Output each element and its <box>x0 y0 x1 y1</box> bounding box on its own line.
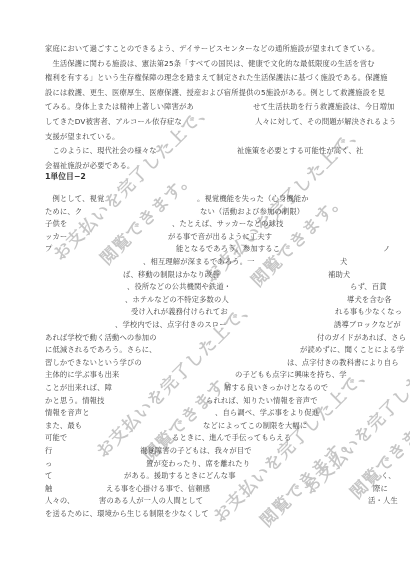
p2-line-25-seg-3: 活・人生 <box>368 496 398 506</box>
p2-line-3-seg-2: 、たとえば、サッカーなどの球技 <box>172 219 284 229</box>
p2-line-24-seg-3: 際に <box>373 484 388 494</box>
p1-line-8-seg-2: 祉施策を必要とする可能性が高く、社 <box>237 146 363 156</box>
p2-line-9-seg-1: 、ホテルなどの不特定多数の人 <box>125 295 229 305</box>
p2-line-1-seg-2: 。視覚機能を失った（心身機能か <box>197 194 309 204</box>
p2-line-23-seg-1: て <box>45 471 52 481</box>
p2-line-17-seg-1: かと思う。情報技 <box>45 396 105 406</box>
p2-line-22-seg-1: っ <box>45 459 52 469</box>
p2-line-23-seg-3: く、 <box>381 471 396 481</box>
p1-line-7-seg-1: 支援が望まれている。 <box>45 132 119 142</box>
p2-line-4-seg-2: がる事で音が出るように工夫す <box>168 232 272 242</box>
document-page: お支払いを完了した上で、閲覧できます。お支払いを完了した上で、閲覧できます。お支… <box>0 0 410 580</box>
p2-line-1-seg-1: 例として、視覚 <box>45 194 104 204</box>
p2-line-25-seg-2: 害のある人が一人の人間として <box>99 496 203 506</box>
p2-line-16-seg-2: 解する良いきっかけとなるので <box>224 383 328 393</box>
p2-line-21-seg-2: 視覚障害の子どもは、我々が目で <box>140 446 252 456</box>
p2-line-14-seg-1: 習しかできないという学びの <box>45 358 142 368</box>
p2-line-2-seg-1: ために、ク <box>45 207 82 217</box>
p2-line-24-seg-1: 触 <box>45 484 52 494</box>
p2-line-5-seg-2: 能となるであろう。参加するこ <box>176 244 280 254</box>
p1-line-6-seg-1: してきたDV被害者、アルコール依存症な <box>45 117 182 127</box>
p2-line-12-seg-2: 付のガイドがあれば、さら <box>317 333 406 343</box>
p2-line-25-seg-1: 人々の、 <box>45 496 75 506</box>
p1-line-3-seg-1: 権利を有する」という生存権保障の理念を踏まえて制定された生活保護法に基づく施設で… <box>45 73 388 83</box>
p2-line-15-seg-2: の子どもも点字に興味を持ち、学 <box>235 370 347 380</box>
p2-line-13-seg-1: に低減されるであろう。さらに、 <box>45 345 157 355</box>
p2-line-20-seg-1: 可能で <box>45 433 67 443</box>
p2-line-10-seg-1: 受け入れが義務付けられてお <box>131 307 228 317</box>
p2-line-5-seg-3: ノ <box>383 244 390 254</box>
p1-line-4-seg-1: 設には救護、更生、医療厚生、医療保護、授産および宿所提供の5施設がある。例として… <box>45 88 385 98</box>
p1-line-6-seg-2: 人々に対して、その問題が解決されるよう <box>255 117 396 127</box>
p1-line-5-seg-2: せて生活扶助を行う救護施設は、今日増加 <box>253 102 395 112</box>
p2-line-4-seg-1: ッカー <box>45 232 67 242</box>
p2-line-2-seg-2: ない（活動および参加の制限） <box>200 207 304 217</box>
p2-line-26-seg-1: を送るために、環境から生じる制限を少なくして <box>45 509 209 519</box>
p2-line-20-seg-2: るときに、進んで手伝ってもらえる <box>172 433 291 443</box>
p2-line-7-seg-1: ば、移動の制限はかなり改善 <box>123 270 220 280</box>
p1-line-8-seg-1: このように、現代社会の様々な <box>45 146 157 156</box>
p2-line-21-seg-1: 行 <box>45 446 52 456</box>
p2-line-14-seg-2: は、点字付きの教科書により自ら <box>287 358 399 368</box>
p2-line-7-seg-2: 補助犬 <box>328 270 350 280</box>
p2-line-6-seg-2: 犬 <box>340 257 347 267</box>
p2-line-5-seg-1: プ <box>45 244 52 254</box>
p2-line-6-seg-1: 、相互理解が深まるであろう。一 <box>143 257 255 267</box>
p2-line-3-seg-1: 子供を <box>45 219 67 229</box>
p1-line-9-seg-1: 会福祉施設が必要である。 <box>45 161 134 171</box>
p2-line-24-seg-2: える事を心掛ける事で、信頼感 <box>106 484 210 494</box>
p2-line-13-seg-2: が読めずに、聞くことによる学 <box>300 345 404 355</box>
p2-line-17-seg-2: られれば、知りたい情報を音声で <box>206 396 318 406</box>
document-text: 1単位目−2 家庭において過ごすことのできるよう、デイサービスセンターなどの通所… <box>0 0 410 580</box>
p2-line-9-seg-2: 導犬を含む各 <box>347 295 392 305</box>
p1-line-1-seg-1: 家庭において過ごすことのできるよう、デイサービスセンターなどの通所施設が望まれて… <box>45 44 379 54</box>
p2-line-16-seg-1: ことが出来れば、障 <box>45 383 112 393</box>
section-heading: 1単位目−2 <box>45 172 86 182</box>
p2-line-15-seg-1: 主体的に学ぶ事も出来 <box>45 370 119 380</box>
p2-line-18-seg-1: 情報を音声と <box>45 408 90 418</box>
p1-line-2-seg-1: 生活保護に関わる施設は、憲法第25条「すべての国民は、健康で文化的な最低限度の生… <box>45 59 375 69</box>
p2-line-12-seg-1: あれば学校で動く活動への参加の <box>45 333 157 343</box>
p2-line-10-seg-2: れる事も少なくなっ <box>335 307 402 317</box>
p2-line-22-seg-2: 置が変わったり、席を離れたり <box>146 459 250 469</box>
p2-line-11-seg-2: 誘導ブロックなどが <box>334 320 401 330</box>
p2-line-19-seg-1: また、最も <box>45 421 82 431</box>
p2-line-8-seg-1: 、役所などの公共機関や鉄道・ <box>127 282 231 292</box>
p2-line-19-seg-2: などによってこの制限を大幅に <box>203 421 307 431</box>
p2-line-11-seg-1: 、学校内では、点字付きのスロー <box>115 320 227 330</box>
p2-line-8-seg-2: らず、百貨 <box>350 282 387 292</box>
p2-line-18-seg-2: 、自ら調べ、学ぶ事をより促進 <box>215 408 319 418</box>
p1-line-5-seg-1: てみる。身体上または精神上著しい障害があ <box>45 102 194 112</box>
p2-line-23-seg-2: がある。援助するときにどんな事 <box>124 471 236 481</box>
